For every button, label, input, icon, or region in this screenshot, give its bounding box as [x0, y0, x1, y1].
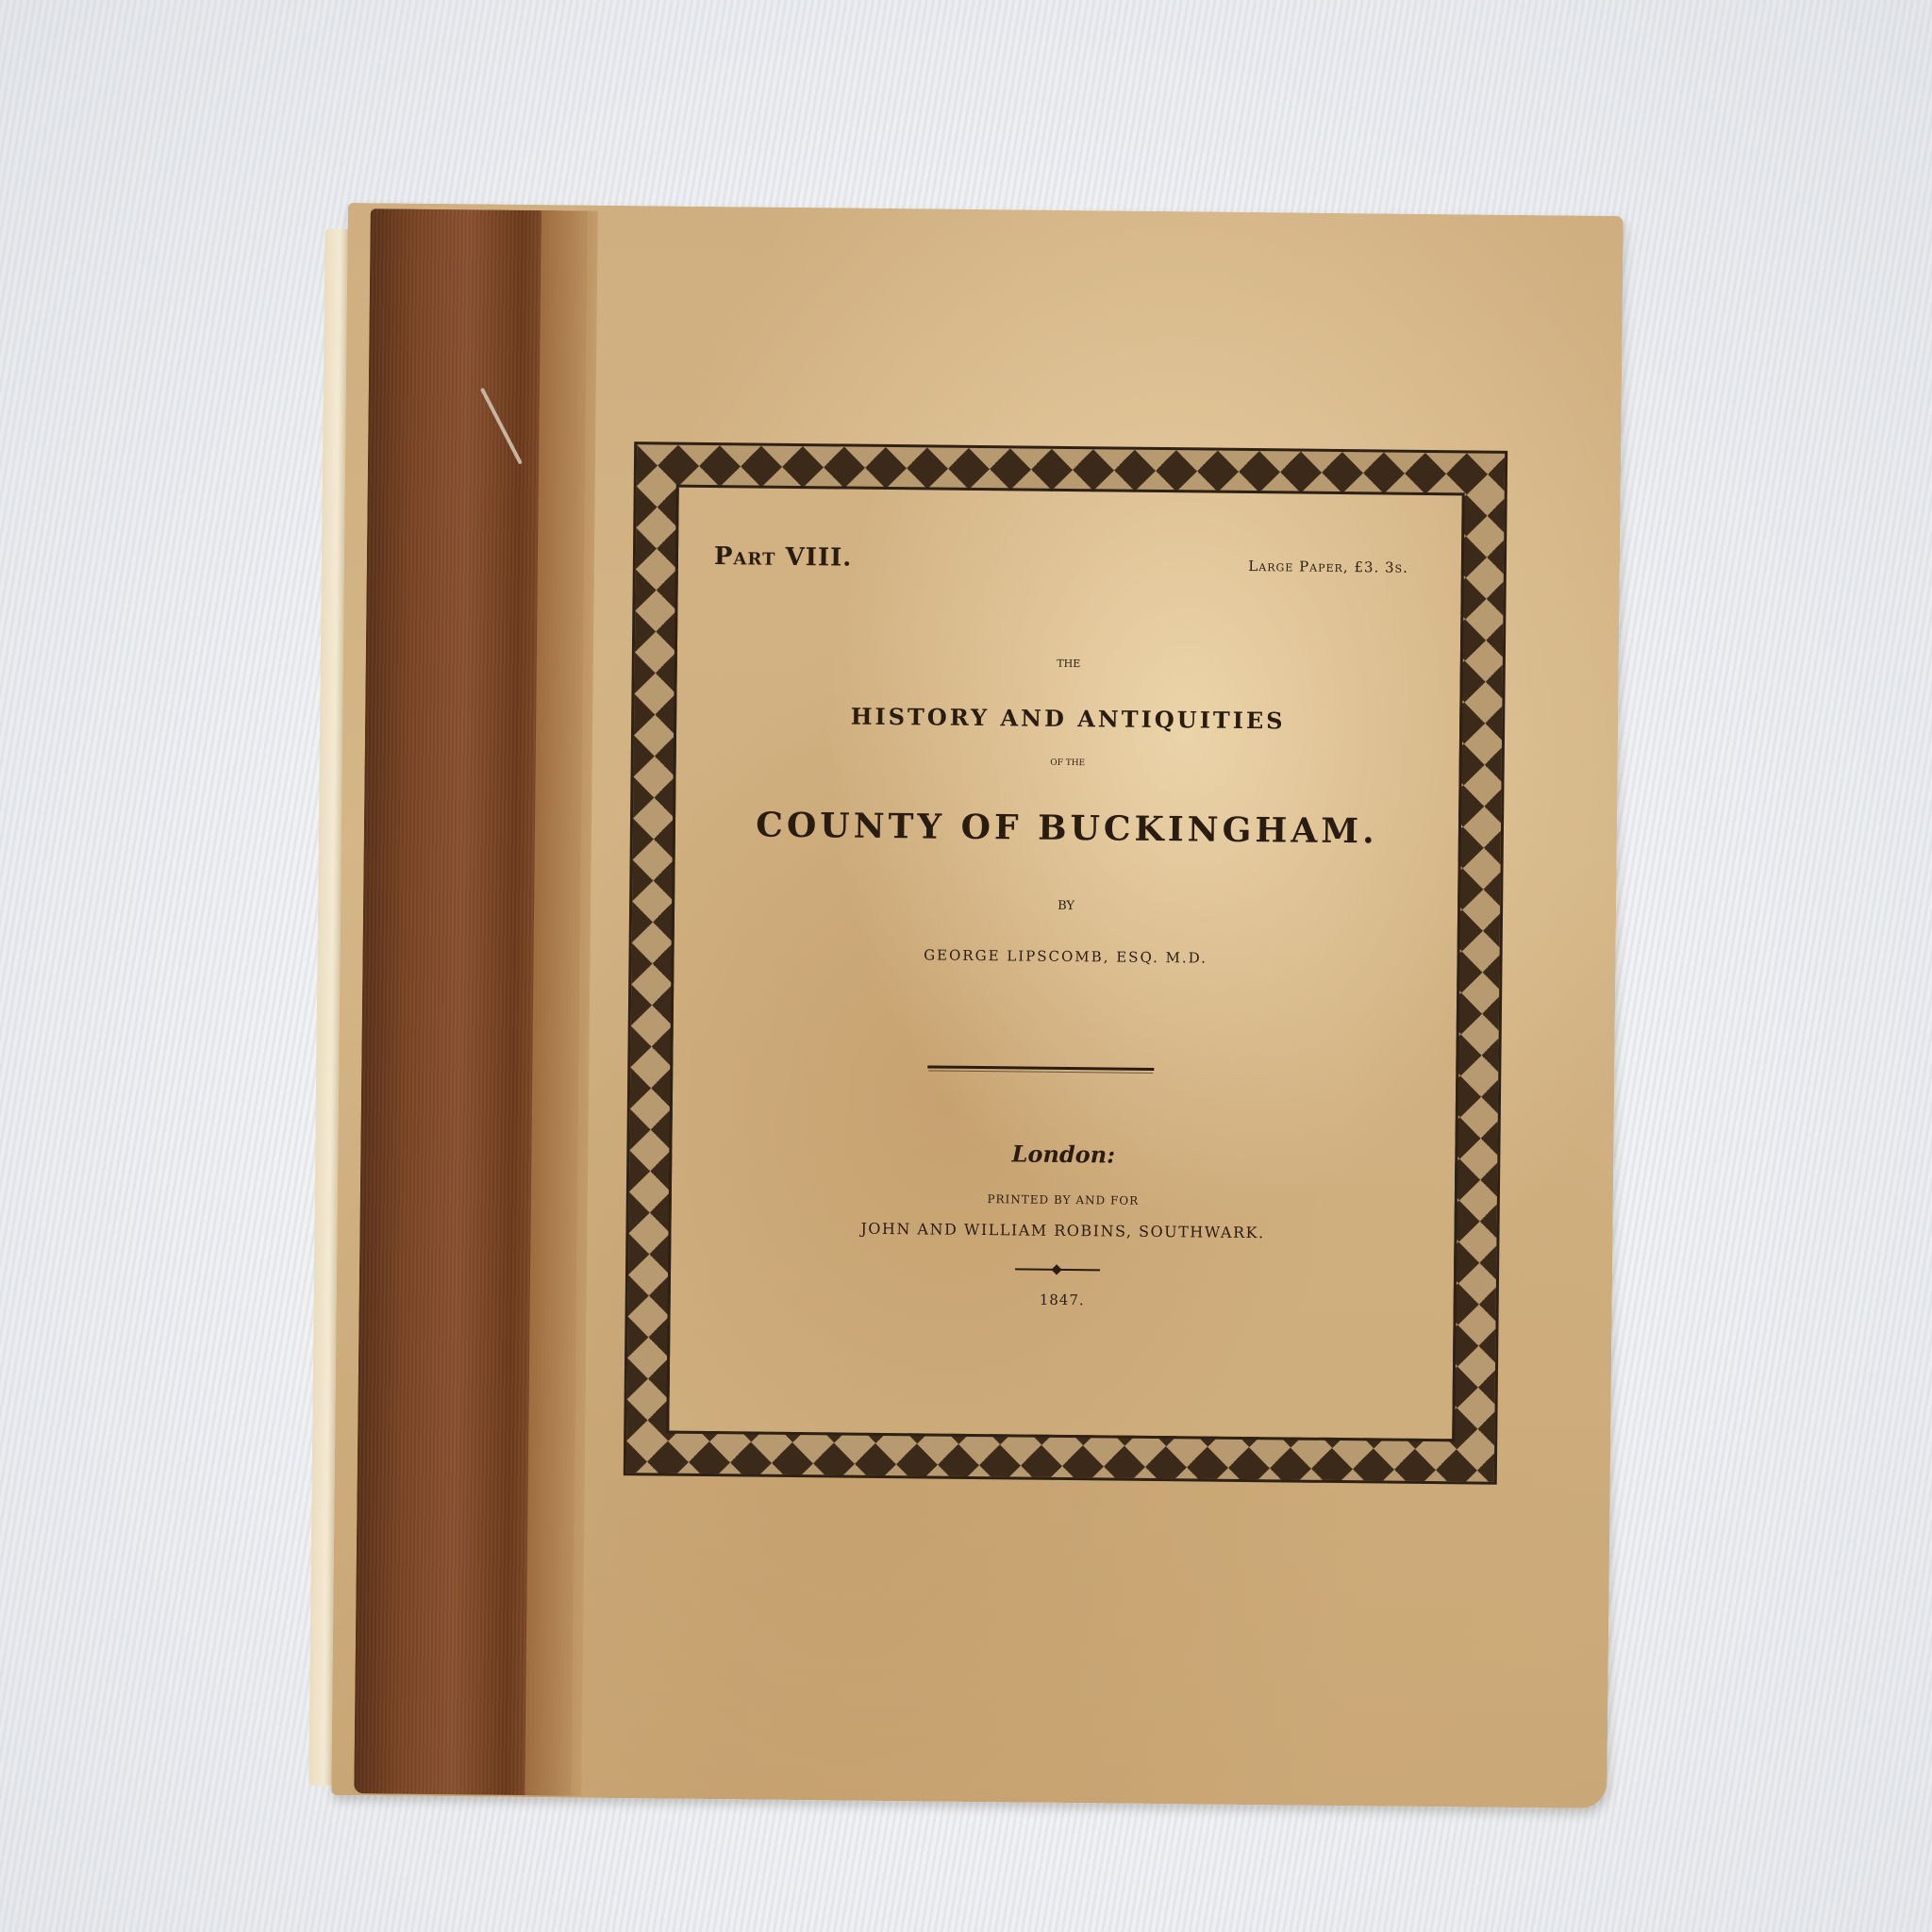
book-cover: Part VIII. Large Paper, £3. 3s. THE HIST…	[331, 203, 1624, 1808]
ornament-rule	[1015, 1268, 1100, 1271]
by-line: BY	[675, 895, 1457, 918]
author-name: GEORGE LIPSCOMB, ESQ. M.D.	[674, 944, 1457, 970]
publisher-name: JOHN AND WILLIAM ROBINS, SOUTHWARK.	[671, 1218, 1454, 1244]
imprint-printed: PRINTED BY AND FOR	[672, 1190, 1455, 1211]
imprint-place: London:	[672, 1137, 1455, 1173]
divider-rule	[927, 1065, 1154, 1071]
decorative-border: Part VIII. Large Paper, £3. 3s. THE HIST…	[624, 441, 1507, 1485]
price-label: Large Paper, £3. 3s.	[1248, 558, 1408, 576]
part-number: Part VIII.	[714, 542, 853, 573]
publication-year: 1847.	[671, 1288, 1454, 1313]
title-main: HISTORY AND ANTIQUITIES	[676, 701, 1459, 737]
title-article: THE	[677, 654, 1460, 675]
title-connector: OF THE	[676, 755, 1459, 773]
book: Part VIII. Large Paper, £3. 3s. THE HIST…	[331, 203, 1624, 1808]
title-panel: Part VIII. Large Paper, £3. 3s. THE HIST…	[666, 485, 1464, 1442]
title-subject: COUNTY OF BUCKINGHAM.	[675, 805, 1458, 853]
